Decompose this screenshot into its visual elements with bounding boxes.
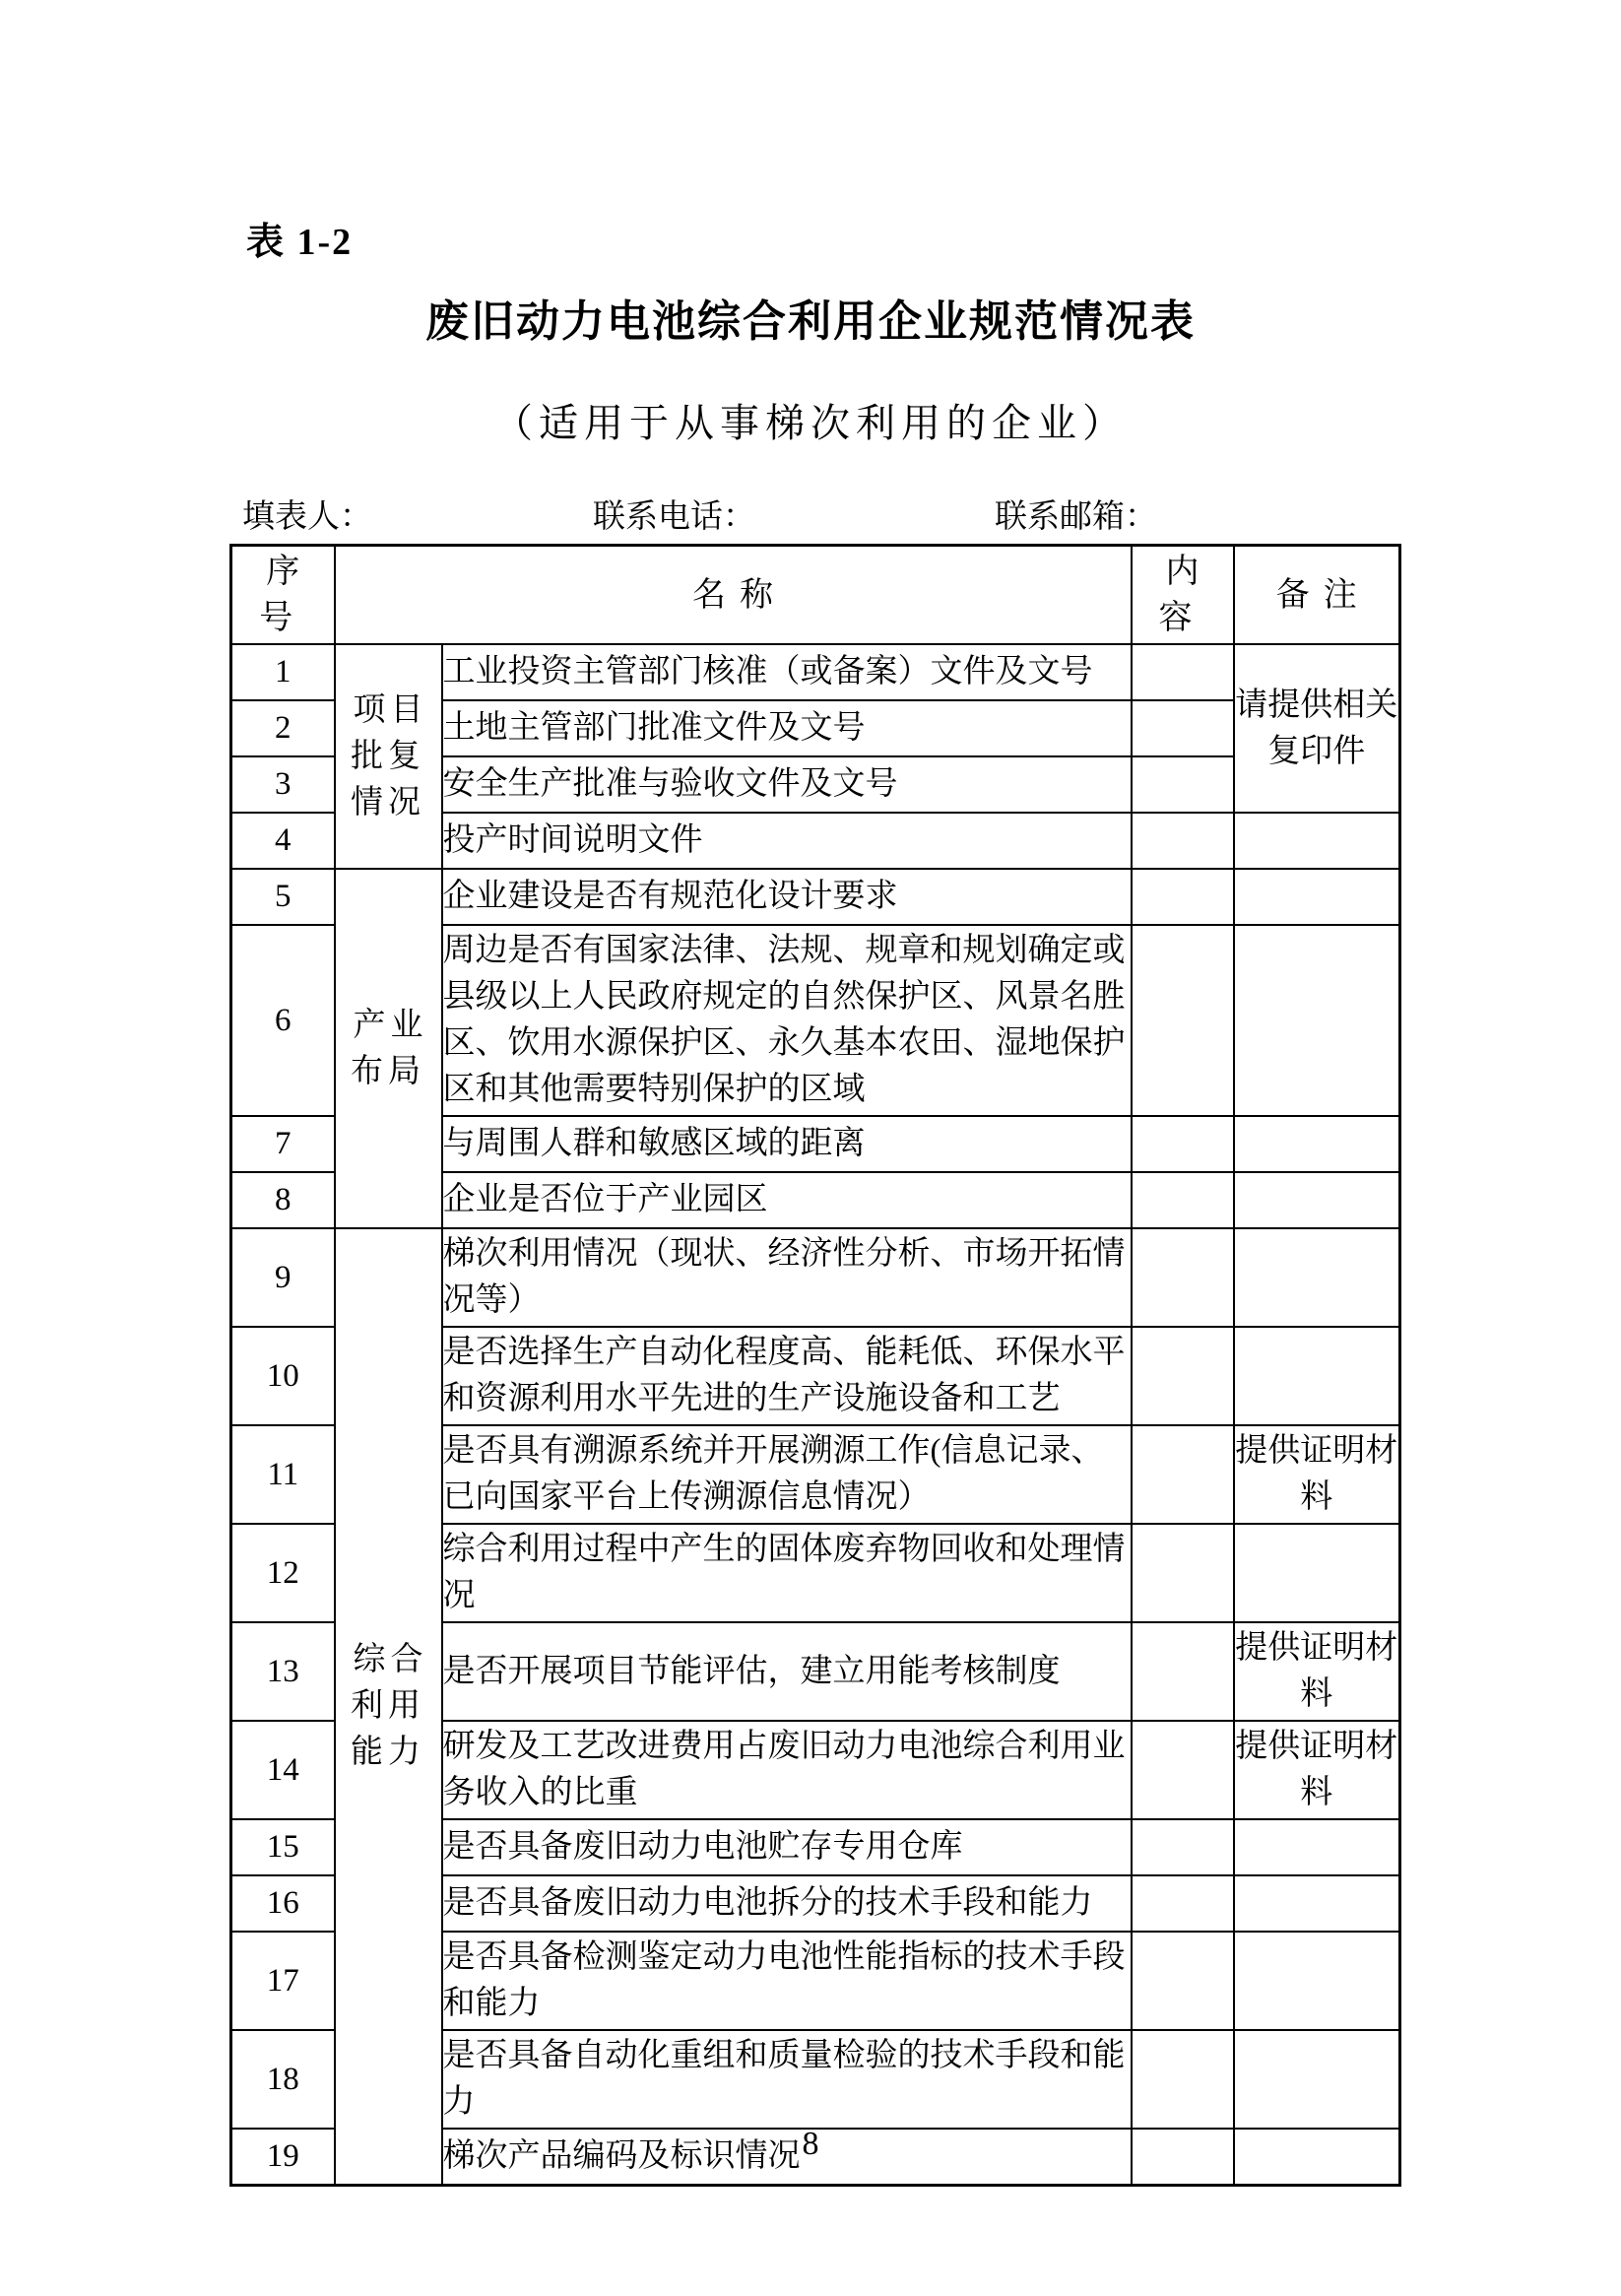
row-index-cell: 16 bbox=[231, 1875, 335, 1932]
item-name-cell: 投产时间说明文件 bbox=[442, 813, 1132, 869]
content-blank-cell bbox=[1132, 2030, 1234, 2129]
table-row: 1项目批复情况工业投资主管部门核准（或备案）文件及文号请提供相关复印件 bbox=[231, 644, 1400, 700]
content-blank-cell bbox=[1132, 1932, 1234, 2030]
category-group-cell: 综合利用能力 bbox=[335, 1228, 442, 2186]
remark-cell: 提供证明材料 bbox=[1234, 1425, 1400, 1524]
remark-cell: 请提供相关复印件 bbox=[1234, 644, 1400, 813]
remark-cell: 提供证明材料 bbox=[1234, 1622, 1400, 1721]
content-blank-cell bbox=[1132, 1524, 1234, 1622]
remark-cell bbox=[1234, 1116, 1400, 1172]
row-index-cell: 10 bbox=[231, 1327, 335, 1425]
header-name: 名称 bbox=[335, 546, 1132, 645]
row-index-cell: 1 bbox=[231, 644, 335, 700]
remark-cell bbox=[1234, 1819, 1400, 1875]
row-index-cell: 6 bbox=[231, 925, 335, 1116]
content-blank-cell bbox=[1132, 1875, 1234, 1932]
row-index-cell: 18 bbox=[231, 2030, 335, 2129]
form-email-label: 联系邮箱： bbox=[995, 491, 1157, 537]
content-blank-cell bbox=[1132, 1622, 1234, 1721]
remark-cell bbox=[1234, 925, 1400, 1116]
item-name-cell: 是否具备检测鉴定动力电池性能指标的技术手段和能力 bbox=[442, 1932, 1132, 2030]
form-header-line: 填表人： 联系电话： 联系邮箱： bbox=[229, 491, 1398, 534]
row-index-cell: 15 bbox=[231, 1819, 335, 1875]
content-blank-cell bbox=[1132, 700, 1234, 756]
item-name-cell: 梯次利用情况（现状、经济性分析、市场开拓情况等） bbox=[442, 1228, 1132, 1327]
category-group-cell: 产业布局 bbox=[335, 869, 442, 1228]
row-index-cell: 14 bbox=[231, 1721, 335, 1819]
item-name-cell: 是否具备自动化重组和质量检验的技术手段和能力 bbox=[442, 2030, 1132, 2129]
item-name-cell: 综合利用过程中产生的固体废弃物回收和处理情况 bbox=[442, 1524, 1132, 1622]
row-index-cell: 3 bbox=[231, 756, 335, 813]
document-page: 表 1-2 废旧动力电池综合利用企业规范情况表 （适用于从事梯次利用的企业） 填… bbox=[0, 0, 1621, 2296]
content-blank-cell bbox=[1132, 925, 1234, 1116]
content-blank-cell bbox=[1132, 1172, 1234, 1228]
content-blank-cell bbox=[1132, 1327, 1234, 1425]
content-blank-cell bbox=[1132, 1228, 1234, 1327]
item-name-cell: 企业建设是否有规范化设计要求 bbox=[442, 869, 1132, 925]
remark-cell bbox=[1234, 2030, 1400, 2129]
row-index-cell: 7 bbox=[231, 1116, 335, 1172]
content-blank-cell bbox=[1132, 869, 1234, 925]
table-row: 9综合利用能力梯次利用情况（现状、经济性分析、市场开拓情况等） bbox=[231, 1228, 1400, 1327]
remark-cell bbox=[1234, 1172, 1400, 1228]
row-index-cell: 2 bbox=[231, 700, 335, 756]
item-name-cell: 是否具备废旧动力电池拆分的技术手段和能力 bbox=[442, 1875, 1132, 1932]
row-index-cell: 12 bbox=[231, 1524, 335, 1622]
item-name-cell: 安全生产批准与验收文件及文号 bbox=[442, 756, 1132, 813]
content-blank-cell bbox=[1132, 1425, 1234, 1524]
item-name-cell: 土地主管部门批准文件及文号 bbox=[442, 700, 1132, 756]
content-blank-cell bbox=[1132, 1116, 1234, 1172]
item-name-cell: 工业投资主管部门核准（或备案）文件及文号 bbox=[442, 644, 1132, 700]
page-subtitle: （适用于从事梯次利用的企业） bbox=[0, 392, 1621, 448]
table-row: 5产业布局企业建设是否有规范化设计要求 bbox=[231, 869, 1400, 925]
page-title: 废旧动力电池综合利用企业规范情况表 bbox=[0, 286, 1621, 349]
content-blank-cell bbox=[1132, 1819, 1234, 1875]
content-blank-cell bbox=[1132, 1721, 1234, 1819]
page-number: 8 bbox=[0, 2126, 1621, 2163]
table-number-label: 表 1-2 bbox=[246, 211, 353, 265]
row-index-cell: 9 bbox=[231, 1228, 335, 1327]
form-phone-label: 联系电话： bbox=[593, 491, 755, 537]
content-blank-cell bbox=[1132, 756, 1234, 813]
row-index-cell: 11 bbox=[231, 1425, 335, 1524]
form-filler-label: 填表人： bbox=[242, 491, 372, 537]
spec-status-table: 序号 名称 内容 备注 1项目批复情况工业投资主管部门核准（或备案）文件及文号请… bbox=[229, 544, 1401, 2187]
row-index-cell: 13 bbox=[231, 1622, 335, 1721]
remark-cell bbox=[1234, 1524, 1400, 1622]
remark-cell bbox=[1234, 1228, 1400, 1327]
remark-cell: 提供证明材料 bbox=[1234, 1721, 1400, 1819]
remark-cell bbox=[1234, 1327, 1400, 1425]
item-name-cell: 是否选择生产自动化程度高、能耗低、环保水平和资源利用水平先进的生产设施设备和工艺 bbox=[442, 1327, 1132, 1425]
remark-cell bbox=[1234, 869, 1400, 925]
content-blank-cell bbox=[1132, 644, 1234, 700]
category-group-cell: 项目批复情况 bbox=[335, 644, 442, 869]
item-name-cell: 研发及工艺改进费用占废旧动力电池综合利用业务收入的比重 bbox=[442, 1721, 1132, 1819]
remark-cell bbox=[1234, 813, 1400, 869]
remark-cell bbox=[1234, 1875, 1400, 1932]
header-content: 内容 bbox=[1132, 546, 1234, 645]
item-name-cell: 周边是否有国家法律、法规、规章和规划确定或县级以上人民政府规定的自然保护区、风景… bbox=[442, 925, 1132, 1116]
item-name-cell: 是否具备废旧动力电池贮存专用仓库 bbox=[442, 1819, 1132, 1875]
content-blank-cell bbox=[1132, 813, 1234, 869]
header-remark: 备注 bbox=[1234, 546, 1400, 645]
item-name-cell: 是否开展项目节能评估，建立用能考核制度 bbox=[442, 1622, 1132, 1721]
remark-cell bbox=[1234, 1932, 1400, 2030]
table-header-row: 序号 名称 内容 备注 bbox=[231, 546, 1400, 645]
header-index: 序号 bbox=[231, 546, 335, 645]
row-index-cell: 4 bbox=[231, 813, 335, 869]
item-name-cell: 与周围人群和敏感区域的距离 bbox=[442, 1116, 1132, 1172]
row-index-cell: 5 bbox=[231, 869, 335, 925]
item-name-cell: 企业是否位于产业园区 bbox=[442, 1172, 1132, 1228]
row-index-cell: 8 bbox=[231, 1172, 335, 1228]
item-name-cell: 是否具有溯源系统并开展溯源工作(信息记录、已向国家平台上传溯源信息情况） bbox=[442, 1425, 1132, 1524]
row-index-cell: 17 bbox=[231, 1932, 335, 2030]
